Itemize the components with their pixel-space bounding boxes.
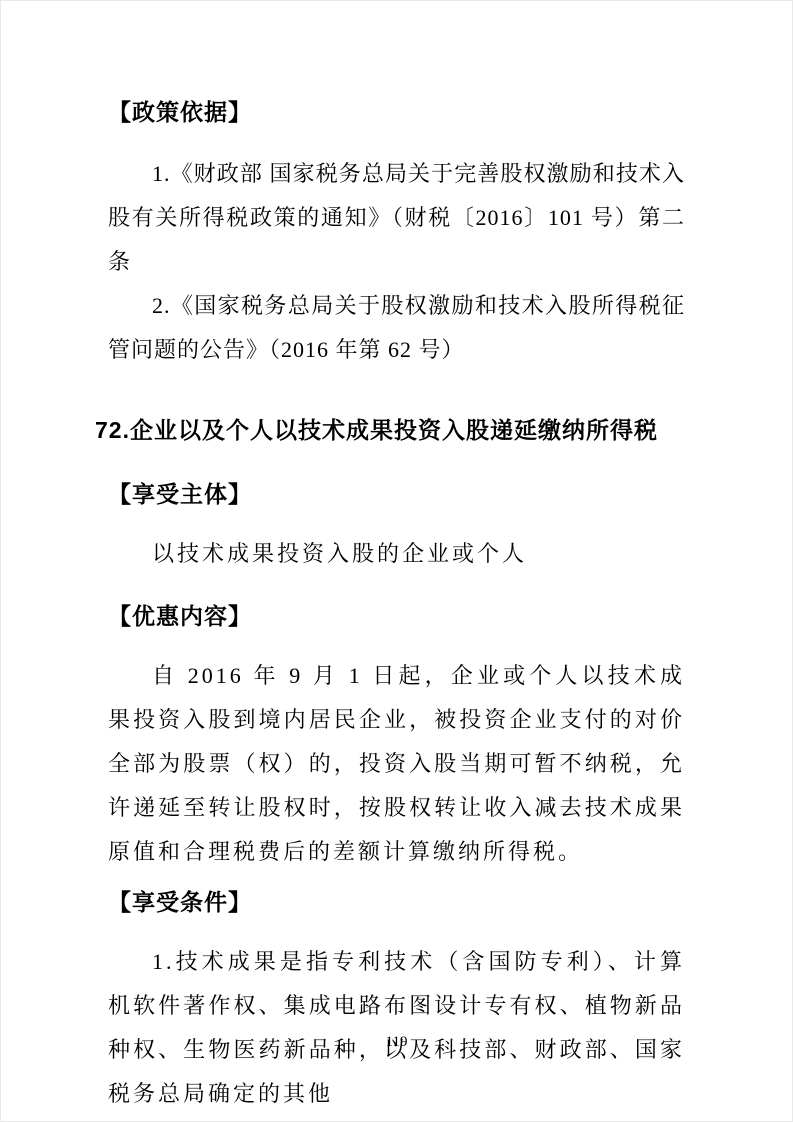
policy-basis-heading: 【政策依据】 (108, 92, 685, 132)
policy-basis-item-2: 2.《国家税务总局关于股权激励和技术入股所得税征管问题的公告》（2016 年第 … (108, 284, 685, 372)
benefit-content-heading: 【优惠内容】 (108, 596, 685, 636)
conditions-body: 1.技术成果是指专利技术（含国防专利）、计算机软件著作权、集成电路布图设计专有权… (108, 940, 685, 1116)
benefit-content-body: 自 2016 年 9 月 1 日起，企业或个人以技术成果投资入股到境内居民企业，… (108, 654, 685, 874)
conditions-heading: 【享受条件】 (108, 882, 685, 922)
section-72-heading: 72.企业以及个人以技术成果投资入股递延缴纳所得税 (95, 408, 685, 452)
eligible-subject-body: 以技术成果投资入股的企业或个人 (108, 532, 685, 576)
policy-basis-item-1: 1.《财政部 国家税务总局关于完善股权激励和技术入股有关所得税政策的通知》（财税… (108, 152, 685, 284)
page-number: 119 (0, 1032, 793, 1052)
eligible-subject-heading: 【享受主体】 (108, 474, 685, 514)
document-page: 【政策依据】 1.《财政部 国家税务总局关于完善股权激励和技术入股有关所得税政策… (0, 0, 793, 1122)
